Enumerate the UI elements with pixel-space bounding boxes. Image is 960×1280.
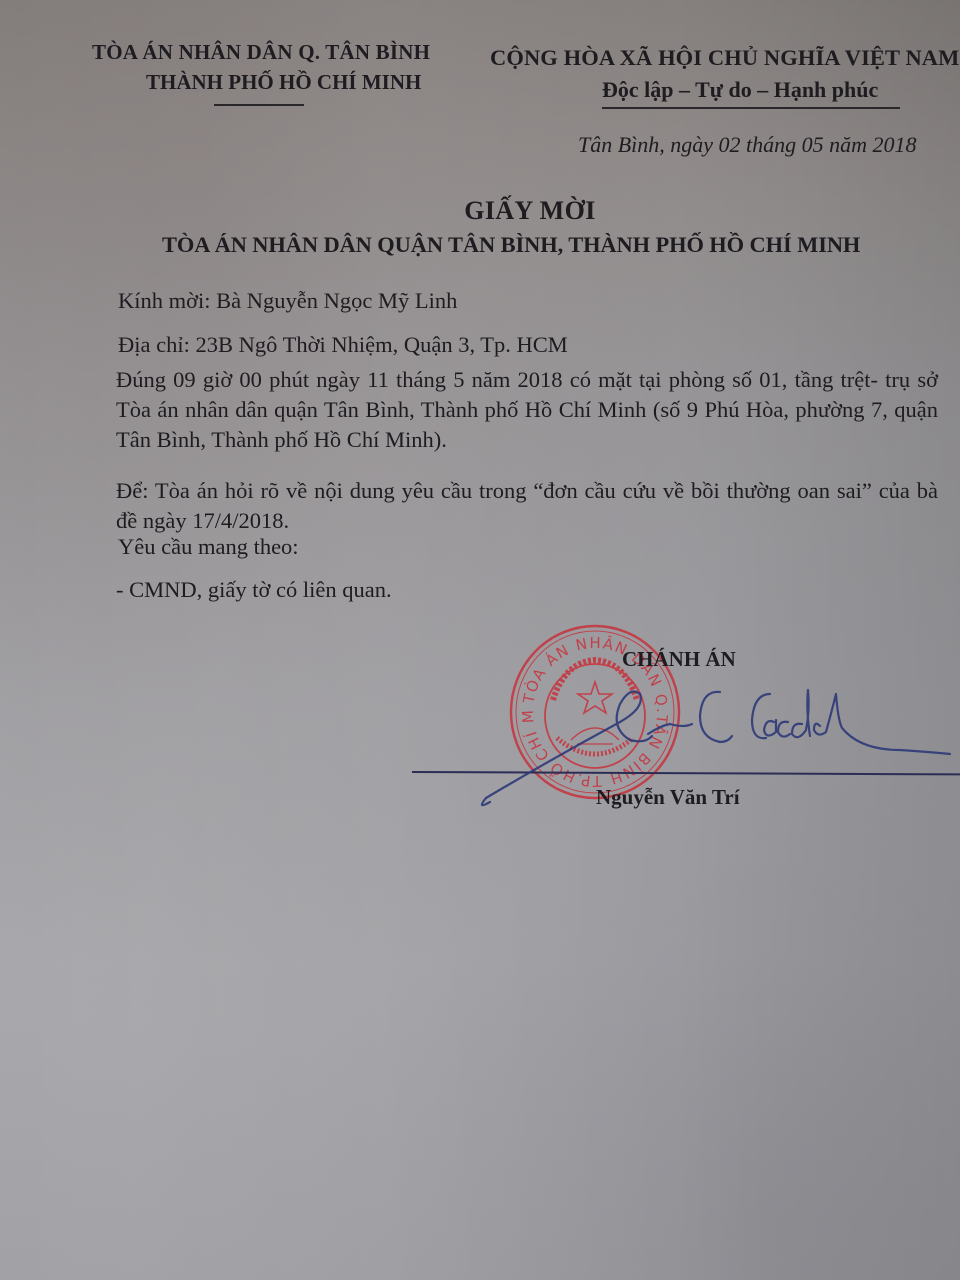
national-title: CỘNG HÒA XÃ HỘI CHỦ NGHĨA VIỆT NAM <box>490 45 960 71</box>
issuer-line-1: TÒA ÁN NHÂN DÂN Q. TÂN BÌNH <box>92 40 430 65</box>
recipient-line: Kính mời: Bà Nguyễn Ngọc Mỹ Linh <box>118 288 457 314</box>
issuer-line-2: THÀNH PHỐ HỒ CHÍ MINH <box>146 70 421 95</box>
signer-title: CHÁNH ÁN <box>622 647 736 672</box>
purpose-paragraph: Để: Tòa án hỏi rõ về nội dung yêu cầu tr… <box>116 476 938 536</box>
national-motto: Độc lập – Tự do – Hạnh phúc <box>602 77 878 103</box>
address-line: Địa chỉ: 23B Ngô Thời Nhiệm, Quận 3, Tp.… <box>118 332 568 358</box>
motto-underline <box>602 107 900 109</box>
handwritten-signature-icon <box>470 680 960 810</box>
bring-label: Yêu cầu mang theo: <box>118 534 299 560</box>
paper-shading <box>0 0 960 1280</box>
appointment-paragraph: Đúng 09 giờ 00 phút ngày 11 tháng 5 năm … <box>116 365 938 455</box>
document-title: GIẤY MỜI <box>0 196 960 226</box>
document-subtitle: TÒA ÁN NHÂN DÂN QUẬN TÂN BÌNH, THÀNH PHỐ… <box>162 232 860 258</box>
bring-item: - CMND, giấy tờ có liên quan. <box>116 577 392 603</box>
document-date: Tân Bình, ngày 02 tháng 05 năm 2018 <box>578 132 917 158</box>
issuer-underline <box>214 104 304 106</box>
